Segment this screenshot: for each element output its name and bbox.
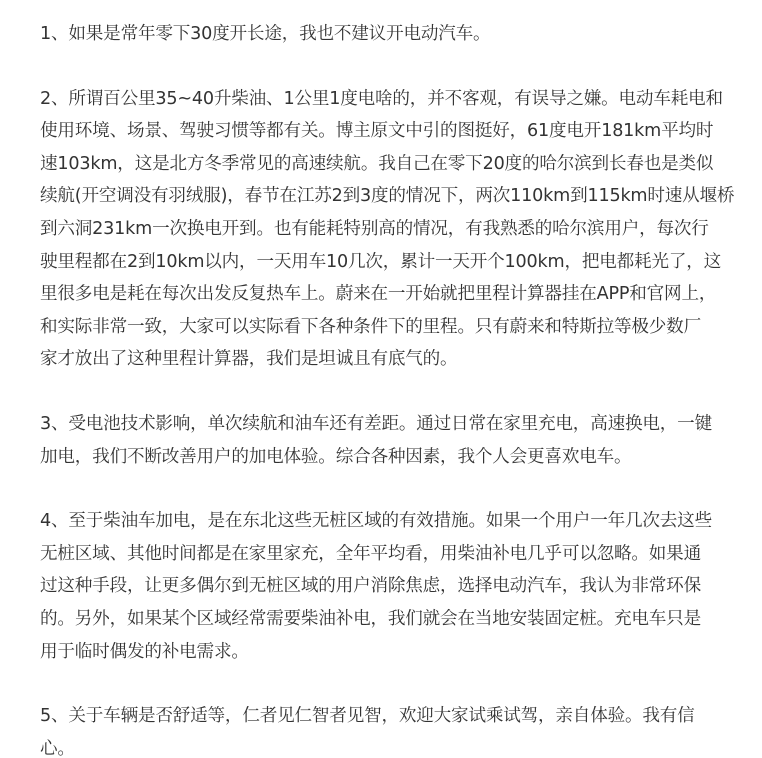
article-body: 1、如果是常年零下30度开长途，我也不建议开电动汽车。 2、所谓百公里35~40… <box>0 0 762 758</box>
paragraph-line: 加电，我们不断改善用户的加电体验。综合各种因素，我个人会更喜欢电车。 <box>40 441 742 474</box>
paragraph-line: 驶里程都在2到10km以内，一天用车10几次，累计一天开个100km，把电都耗光… <box>40 246 742 279</box>
paragraph-line: 速103km，这是北方冬季常见的高速续航。我自己在零下20度的哈尔滨到长春也是类… <box>40 148 742 181</box>
paragraph-line: 过这种手段，让更多偶尔到无桩区域的用户消除焦虑，选择电动汽车，我认为非常环保 <box>40 570 742 603</box>
paragraph-1: 1、如果是常年零下30度开长途，我也不建议开电动汽车。 <box>40 18 742 51</box>
paragraph-line: 心。 <box>40 733 742 758</box>
paragraph-line: 用于临时偶发的补电需求。 <box>40 636 742 669</box>
paragraph-4: 4、至于柴油车加电，是在东北这些无桩区域的有效措施。如果一个用户一年几次去这些 … <box>40 505 742 668</box>
paragraph-line: 5、关于车辆是否舒适等，仁者见仁智者见智，欢迎大家试乘试驾，亲自体验。我有信 <box>40 700 742 733</box>
paragraph-line: 续航(开空调没有羽绒服)，春节在江苏2到3度的情况下，两次110km到115km… <box>40 180 742 213</box>
paragraph-2: 2、所谓百公里35~40升柴油、1公里1度电啥的，并不客观，有误导之嫌。电动车耗… <box>40 83 742 376</box>
paragraph-line: 和实际非常一致，大家可以实际看下各种条件下的里程。只有蔚来和特斯拉等极少数厂 <box>40 311 742 344</box>
paragraph-line: 里很多电是耗在每次出发反复热车上。蔚来在一开始就把里程计算器挂在APP和官网上， <box>40 278 742 311</box>
paragraph-line: 到六洞231km一次换电开到。也有能耗特别高的情况，有我熟悉的哈尔滨用户，每次行 <box>40 213 742 246</box>
paragraph-line: 4、至于柴油车加电，是在东北这些无桩区域的有效措施。如果一个用户一年几次去这些 <box>40 505 742 538</box>
paragraph-line: 1、如果是常年零下30度开长途，我也不建议开电动汽车。 <box>40 18 742 51</box>
paragraph-line: 家才放出了这种里程计算器，我们是坦诚且有底气的。 <box>40 343 742 376</box>
paragraph-line: 的。另外，如果某个区域经常需要柴油补电，我们就会在当地安装固定桩。充电车只是 <box>40 603 742 636</box>
paragraph-line: 2、所谓百公里35~40升柴油、1公里1度电啥的，并不客观，有误导之嫌。电动车耗… <box>40 83 742 116</box>
paragraph-3: 3、受电池技术影响，单次续航和油车还有差距。通过日常在家里充电，高速换电，一键 … <box>40 408 742 473</box>
paragraph-line: 无桩区域、其他时间都是在家里家充，全年平均看，用柴油补电几乎可以忽略。如果通 <box>40 538 742 571</box>
paragraph-line: 3、受电池技术影响，单次续航和油车还有差距。通过日常在家里充电，高速换电，一键 <box>40 408 742 441</box>
paragraph-5: 5、关于车辆是否舒适等，仁者见仁智者见智，欢迎大家试乘试驾，亲自体验。我有信 心… <box>40 700 742 758</box>
paragraph-line: 使用环境、场景、驾驶习惯等都有关。博主原文中引的图挺好，61度电开181km平均… <box>40 115 742 148</box>
